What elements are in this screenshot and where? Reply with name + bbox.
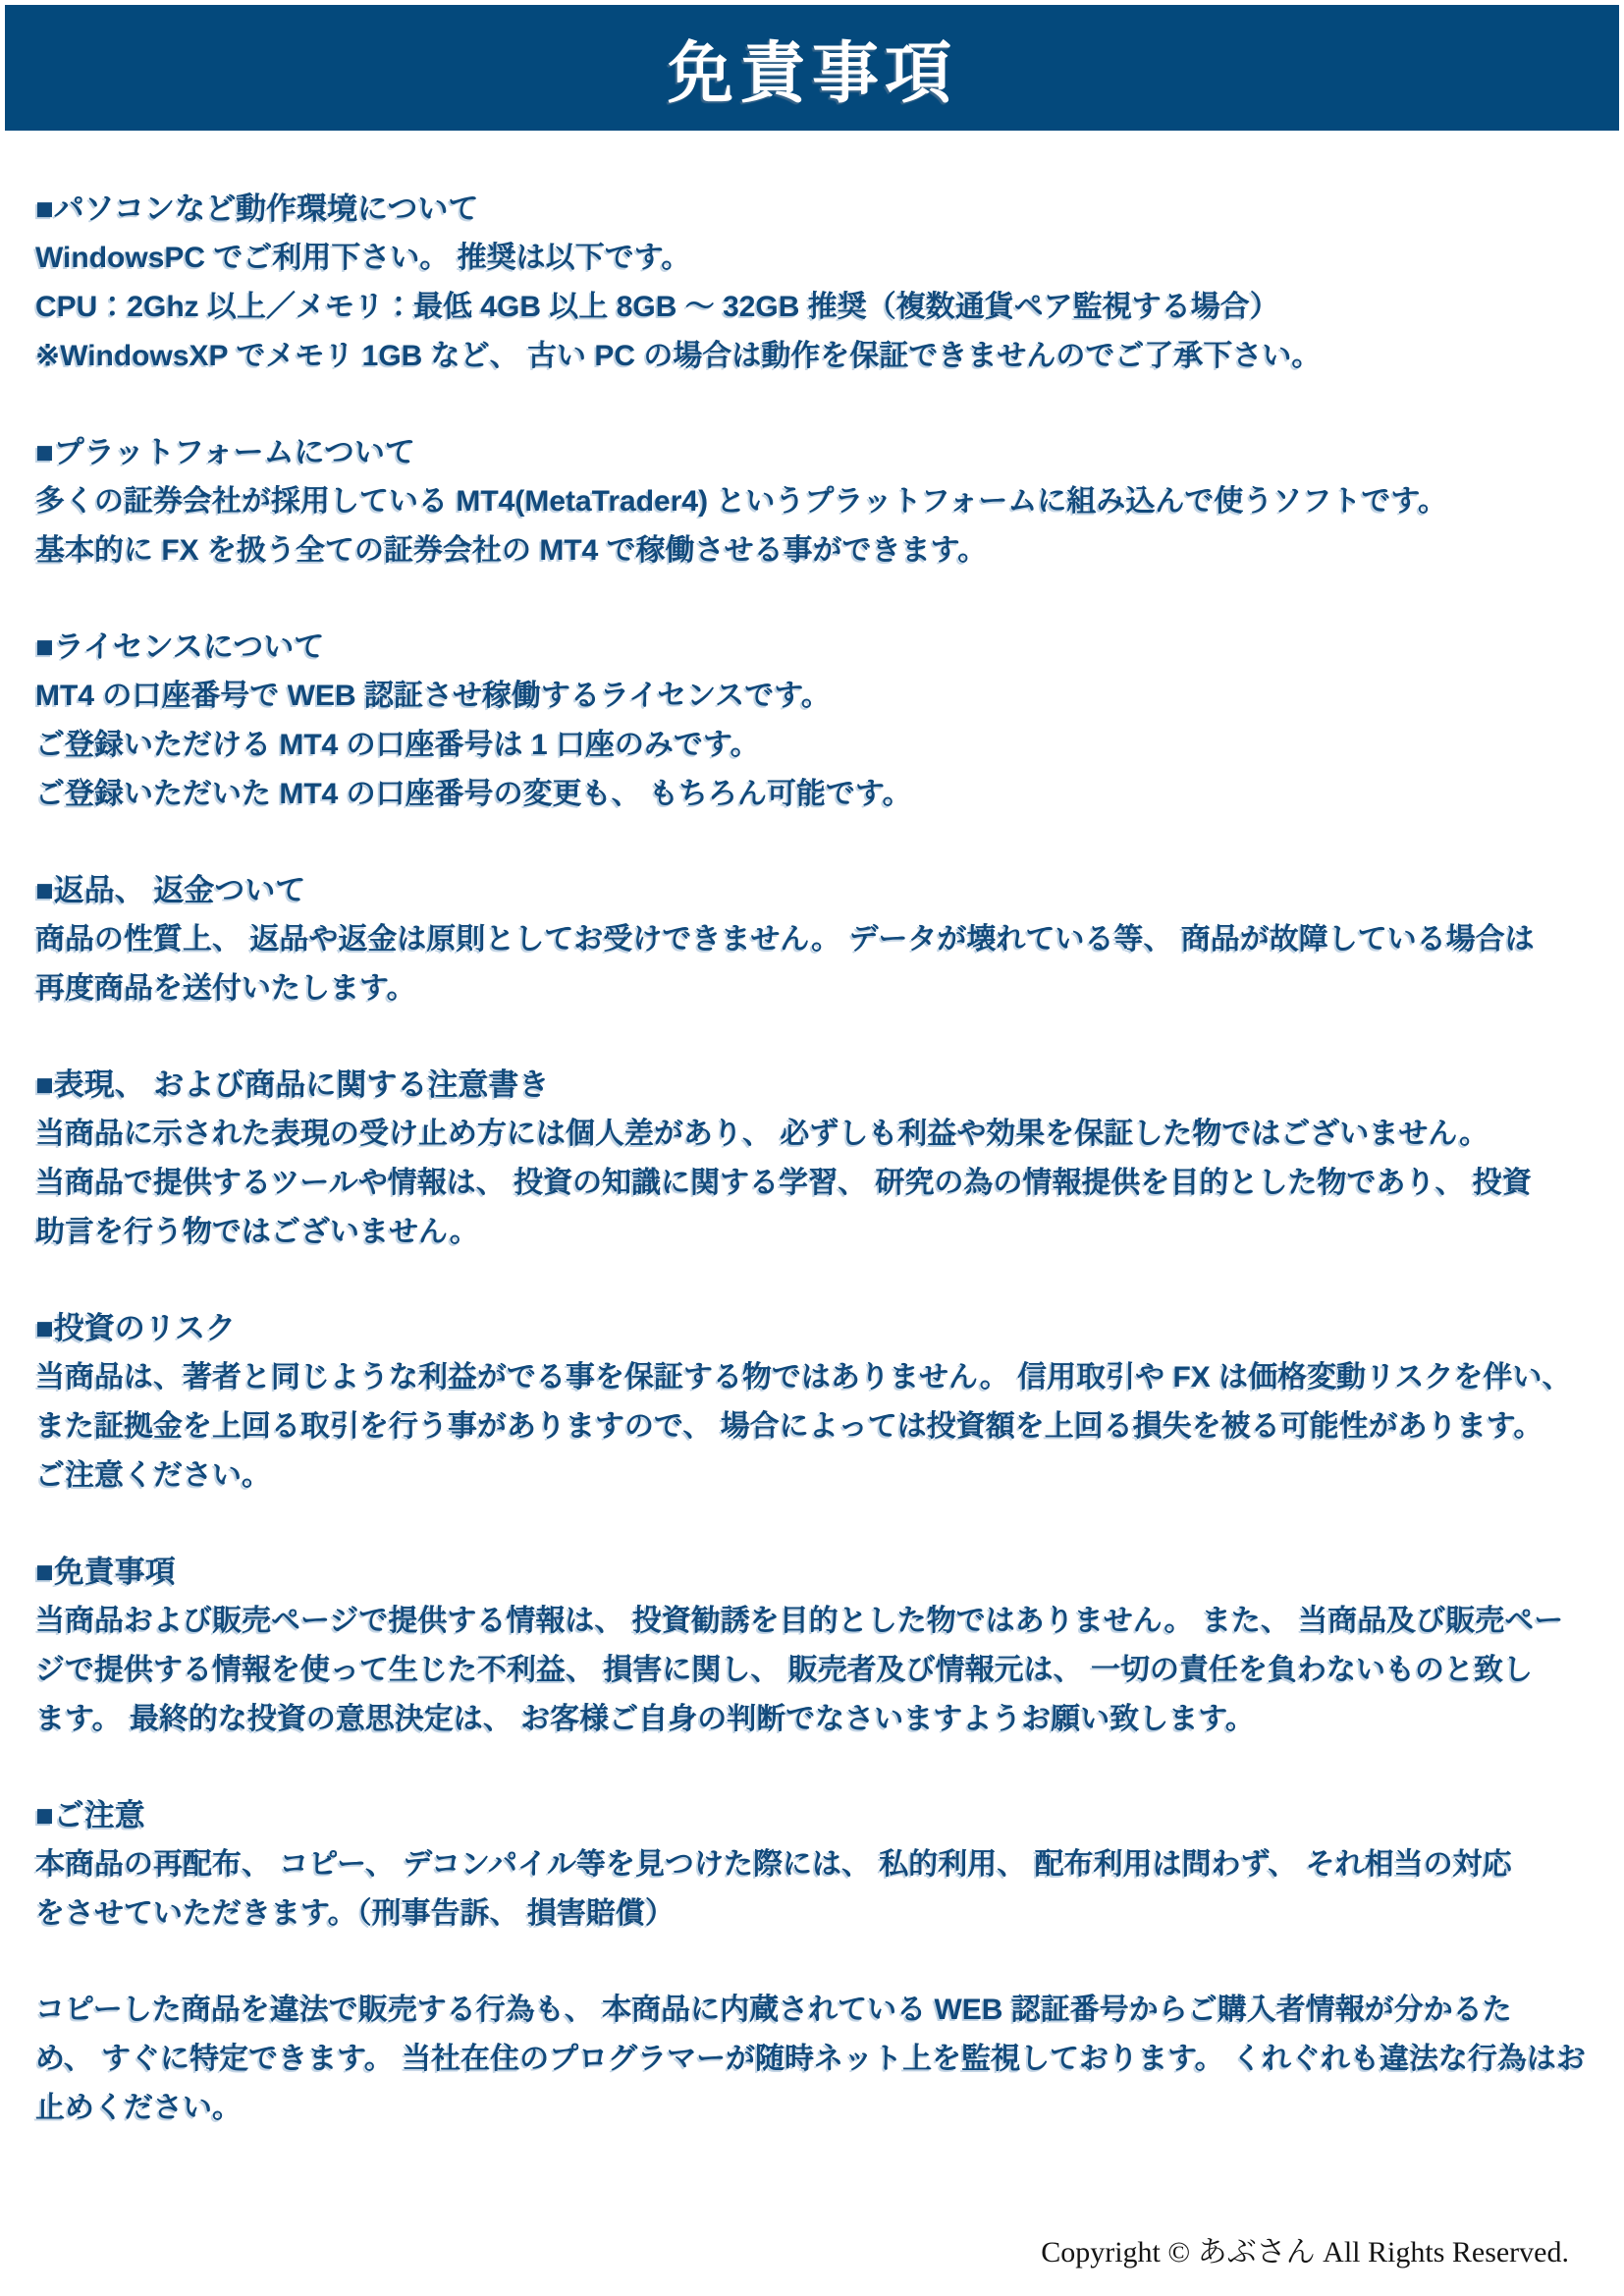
text-line: 多くの証券会社が採用している MT4(MetaTrader4) というプラットフ… — [35, 477, 1591, 526]
copyright-line: Copyright © あぶさん All Rights Reserved. — [1041, 2227, 1569, 2270]
text-line: ます。 最終的な投資の意思決定は、 お客様ご自身の判断でなさいますようお願い致し… — [35, 1695, 1591, 1744]
disclaimer-section: ■ご注意本商品の再配布、 コピー、 デコンパイル等を見つけた際には、 私的利用、… — [35, 1791, 1591, 1939]
text-line: また証拠金を上回る取引を行う事がありますので、 場合によっては投資額を上回る損失… — [35, 1402, 1591, 1451]
text-line: ご登録いただける MT4 の口座番号は 1 口座のみです。 — [35, 721, 1591, 770]
page-title: 免責事項 — [667, 21, 957, 116]
section-heading: ■プラットフォームについて — [35, 428, 1591, 477]
text-line: 本商品の再配布、 コピー、 デコンパイル等を見つけた際には、 私的利用、 配布利… — [35, 1840, 1591, 1889]
section-heading: ■表現、 および商品に関する注意書き — [35, 1061, 1591, 1110]
text-line: ご注意ください。 — [35, 1451, 1591, 1501]
text-line: 当商品で提供するツールや情報は、 投資の知識に関する学習、 研究の為の情報提供を… — [35, 1159, 1591, 1208]
text-line: 再度商品を送付いたします。 — [35, 964, 1591, 1013]
disclaimer-section: ■プラットフォームについて多くの証券会社が採用している MT4(MetaTrad… — [35, 428, 1591, 575]
text-line: コピーした商品を違法で販売する行為も、 本商品に内蔵されている WEB 認証番号… — [35, 1986, 1591, 2035]
text-line: 基本的に FX を扱う全ての証券会社の MT4 で稼働させる事ができます。 — [35, 526, 1591, 575]
section-heading: ■ライセンスについて — [35, 623, 1591, 672]
text-line: 当商品および販売ページで提供する情報は、 投資勧誘を目的とした物ではありません。… — [35, 1597, 1591, 1646]
text-line: ご登録いただいた MT4 の口座番号の変更も、 もちろん可能です。 — [35, 770, 1591, 819]
text-line: ※WindowsXP でメモリ 1GB など、 古い PC の場合は動作を保証で… — [35, 332, 1591, 381]
disclaimer-section: ■免責事項当商品および販売ページで提供する情報は、 投資勧誘を目的とした物ではあ… — [35, 1548, 1591, 1744]
disclaimer-section: ■表現、 および商品に関する注意書き当商品に示された表現の受け止め方には個人差が… — [35, 1061, 1591, 1257]
disclaimer-section: ■返品、 返金ついて商品の性質上、 返品や返金は原則としてお受けできません。 デ… — [35, 866, 1591, 1013]
section-heading: ■投資のリスク — [35, 1304, 1591, 1353]
disclaimer-section: コピーした商品を違法で販売する行為も、 本商品に内蔵されている WEB 認証番号… — [35, 1986, 1591, 2133]
text-line: め、 すぐに特定できます。 当社在住のプログラマーが随時ネット上を監視しておりま… — [35, 2035, 1591, 2084]
disclaimer-section: ■投資のリスク当商品は、著者と同じような利益がでる事を保証する物ではありません。… — [35, 1304, 1591, 1501]
disclaimer-section: ■ライセンスについてMT4 の口座番号で WEB 認証させ稼働するライセンスです… — [35, 623, 1591, 819]
section-heading: ■返品、 返金ついて — [35, 866, 1591, 915]
text-line: 当商品は、著者と同じような利益がでる事を保証する物ではありません。 信用取引や … — [35, 1353, 1591, 1402]
text-line: 当商品に示された表現の受け止め方には個人差があり、 必ずしも利益や効果を保証した… — [35, 1110, 1591, 1159]
text-line: CPU：2Ghz 以上／メモリ：最低 4GB 以上 8GB ～ 32GB 推奨（… — [35, 283, 1591, 332]
disclaimer-content: ■パソコンなど動作環境についてWindowsPC でご利用下さい。 推奨は以下で… — [35, 185, 1591, 2180]
section-heading: ■ご注意 — [35, 1791, 1591, 1840]
section-heading: ■免責事項 — [35, 1548, 1591, 1597]
text-line: MT4 の口座番号で WEB 認証させ稼働するライセンスです。 — [35, 672, 1591, 721]
text-line: WindowsPC でご利用下さい。 推奨は以下です。 — [35, 234, 1591, 283]
title-bar: 免責事項 — [5, 5, 1619, 131]
text-line: 商品の性質上、 返品や返金は原則としてお受けできません。 データが壊れている等、… — [35, 915, 1591, 964]
text-line: 止めください。 — [35, 2084, 1591, 2133]
disclaimer-section: ■パソコンなど動作環境についてWindowsPC でご利用下さい。 推奨は以下で… — [35, 185, 1591, 381]
text-line: 助言を行う物ではございません。 — [35, 1208, 1591, 1257]
section-heading: ■パソコンなど動作環境について — [35, 185, 1591, 234]
text-line: ジで提供する情報を使って生じた不利益、 損害に関し、 販売者及び情報元は、 一切… — [35, 1646, 1591, 1695]
text-line: をさせていただきます。（刑事告訴、 損害賠償） — [35, 1889, 1591, 1939]
